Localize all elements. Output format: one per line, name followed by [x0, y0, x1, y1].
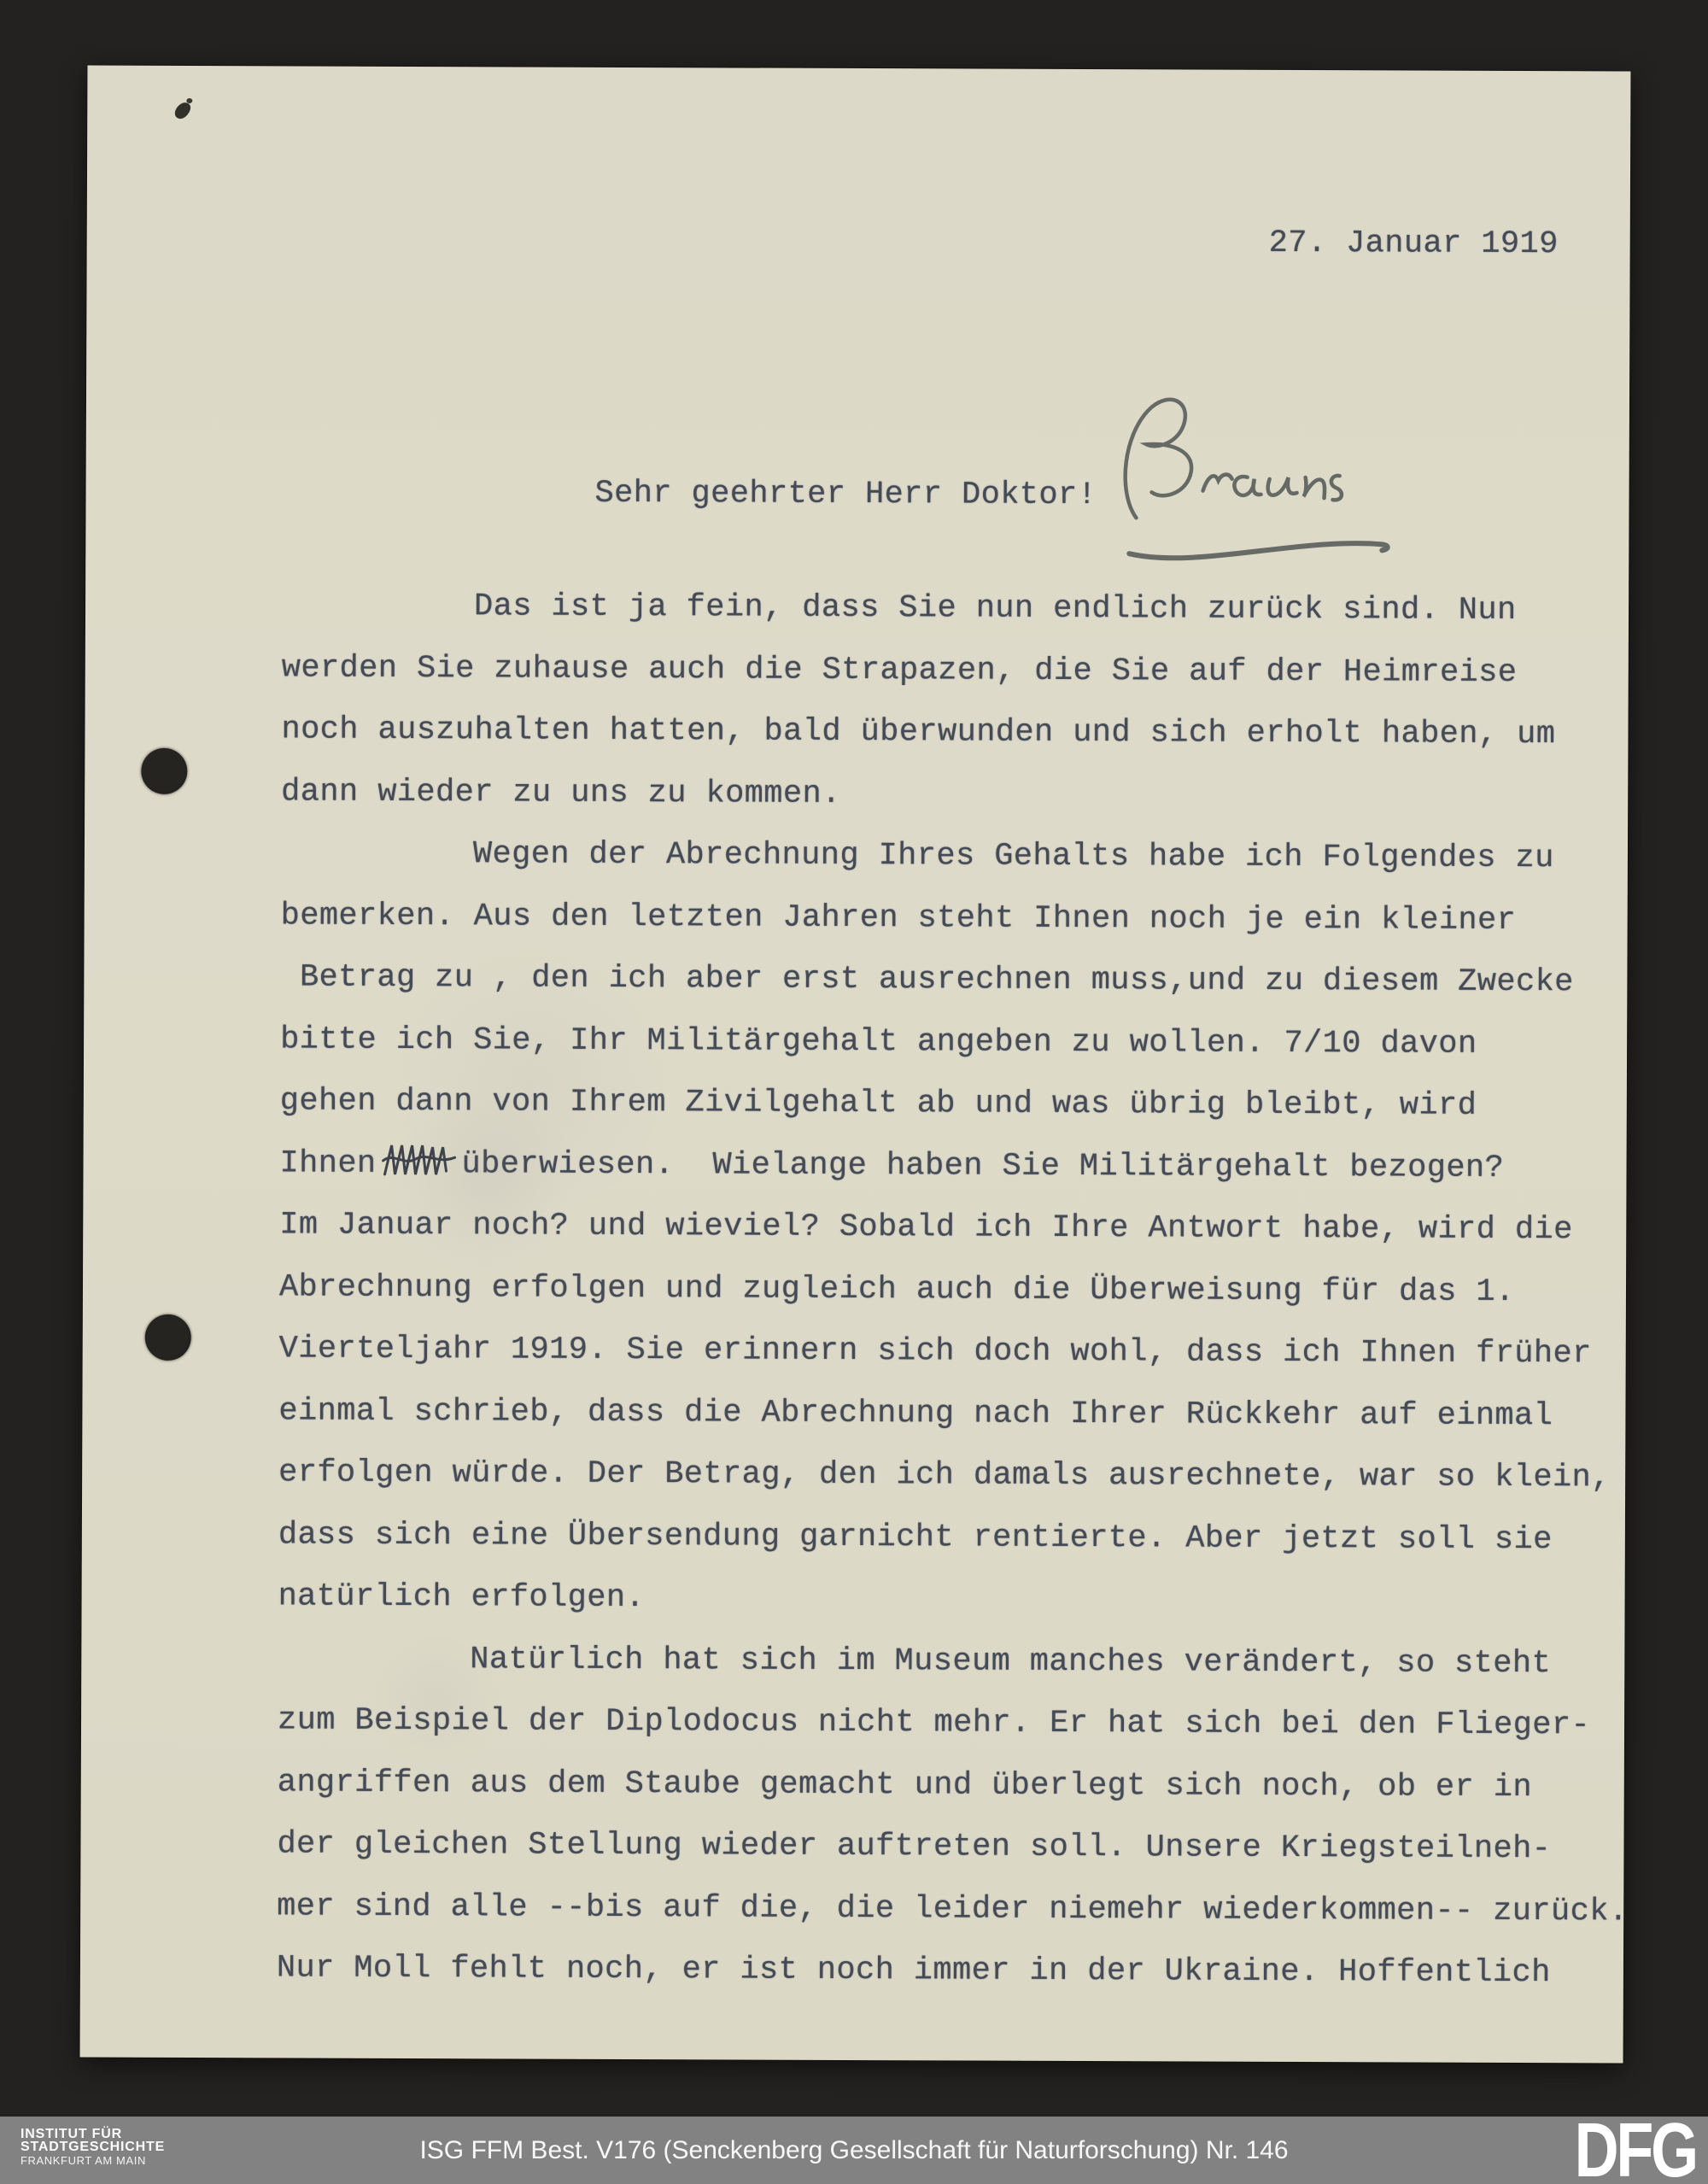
salutation: Sehr geehrter Herr Doktor!	[594, 476, 1097, 513]
punch-hole-top	[141, 748, 187, 794]
letter-line-text: überwiesen. Wielange haben Sie Militärge…	[461, 1146, 1504, 1186]
archive-caption: ISG FFM Best. V176 (Senckenberg Gesellsc…	[0, 2117, 1708, 2184]
letter-line: bitte ich Sie, Ihr Militärgehalt angeben…	[280, 1009, 1632, 1076]
letter-page: 27. Januar 1919 Sehr geehrter Herr Dokto…	[80, 66, 1631, 2064]
signature-brauns-handwritten	[1110, 389, 1401, 595]
punch-hole-bottom	[145, 1314, 191, 1361]
letter-line: der gleichen Stellung wieder auftreten s…	[277, 1813, 1629, 1881]
letter-line: einmal schrieb, dass die Abrechnung nach…	[278, 1380, 1630, 1448]
letter-line: angriffen aus dem Staube gemacht und übe…	[278, 1752, 1629, 1819]
letter-line: Betrag zu , den ich aber erst ausrechnen…	[280, 946, 1632, 1014]
letter-line: dass sich eine Übersendung garnicht rent…	[278, 1504, 1630, 1572]
letter-body: Das ist ja fein, dass Sie nun endlich zu…	[277, 575, 1634, 2005]
letter-line: Das ist ja fein, dass Sie nun endlich zu…	[282, 575, 1634, 642]
letter-line: noch auszuhalten hatten, bald überwunden…	[281, 699, 1633, 766]
letter-line-text: Ihnen	[279, 1145, 376, 1181]
letter-line: natürlich erfolgen.	[278, 1566, 1629, 1633]
letter-line: erfolgen würde. Der Betrag, den ich dama…	[278, 1442, 1630, 1509]
footer-bar: INSTITUT FÜR STADTGESCHICHTE FRANKFURT A…	[0, 2117, 1708, 2184]
scribbled-out-word	[382, 1140, 457, 1180]
letter-line: Im Januar noch? und wieviel? Sobald ich …	[279, 1194, 1631, 1262]
letter-line: Ihnenüberwiesen. Wielange haben Sie Mili…	[279, 1133, 1631, 1200]
letter-line: Wegen der Abrechnung Ihres Gehalts habe …	[281, 823, 1633, 890]
letter-line: bemerken. Aus den letzten Jahren steht I…	[281, 885, 1633, 952]
letter-line: zum Beispiel der Diplodocus nicht mehr. …	[278, 1689, 1629, 1757]
dfg-logo: DFG	[1575, 2119, 1696, 2184]
letter-date: 27. Januar 1919	[1269, 225, 1559, 262]
letter-line: gehen dann von Ihrem Zivilgehalt ab und …	[280, 1070, 1632, 1138]
letter-line: Nur Moll fehlt noch, er ist noch immer i…	[277, 1937, 1629, 2005]
scan-background: 27. Januar 1919 Sehr geehrter Herr Dokto…	[0, 0, 1708, 2184]
letter-line: mer sind alle --bis auf die, die leider …	[277, 1876, 1629, 1943]
ink-blot-small	[186, 98, 192, 103]
letter-line: werden Sie zuhause auch die Strapazen, d…	[282, 637, 1634, 705]
letter-line: Natürlich hat sich im Museum manches ver…	[278, 1628, 1629, 1695]
letter-line: Vierteljahr 1919. Sie erinnern sich doch…	[279, 1318, 1631, 1385]
letter-line: Abrechnung erfolgen und zugleich auch di…	[279, 1256, 1631, 1324]
letter-line: dann wieder zu uns zu kommen.	[281, 761, 1633, 829]
